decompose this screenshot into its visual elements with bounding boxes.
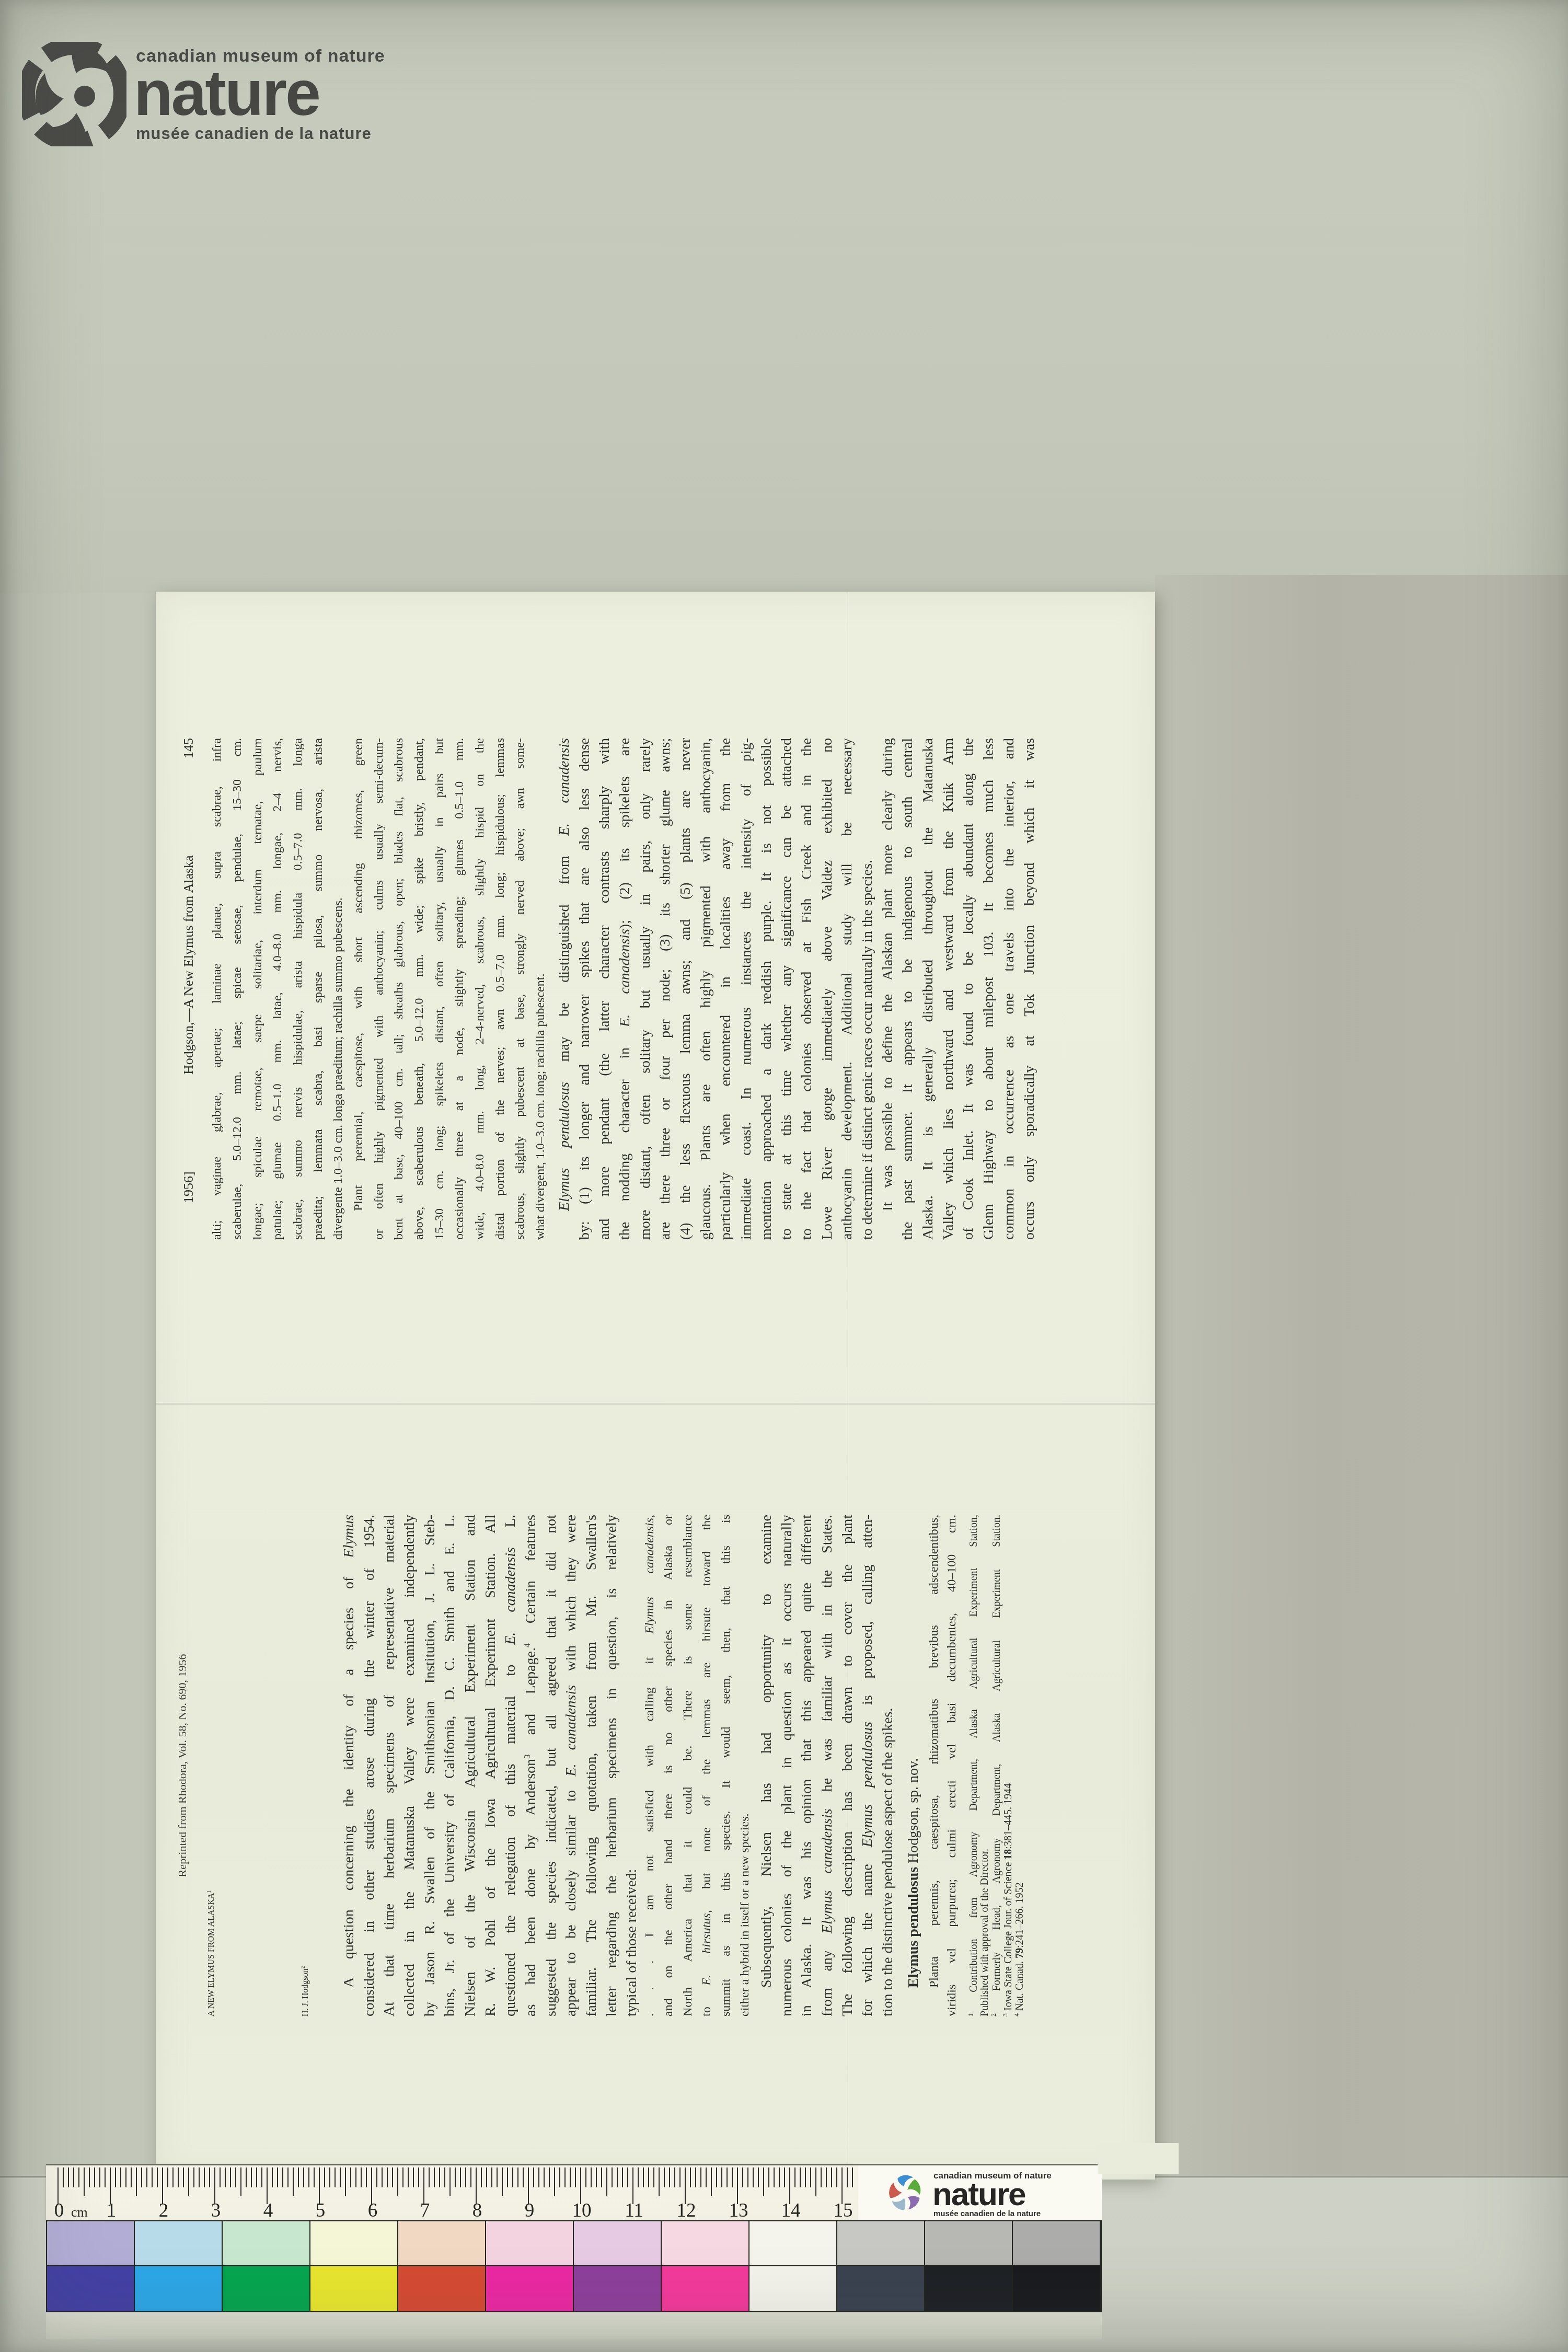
cmn-logo-subcaption: musée canadien de la nature	[136, 124, 372, 143]
color-patch	[1013, 2266, 1101, 2311]
page-145: 1956]Hodgson,—A New Elymus from Alaska14…	[168, 738, 1036, 1240]
color-patch	[310, 2266, 398, 2311]
ruler-number: 7	[420, 2199, 430, 2222]
nature-card-wordmark: nature	[932, 2176, 1025, 2213]
text-line: H. J. Hodgson2	[301, 1515, 311, 2016]
text-line: what divergent, 1.0–3.0 cm. long; rachil…	[533, 738, 548, 1240]
paper-bottom-corner	[1098, 2143, 1179, 2174]
ruler-number: 9	[525, 2199, 535, 2222]
background-right-zone	[1155, 575, 1568, 2180]
ruler-number: 14	[781, 2199, 801, 2222]
ruler-number: 12	[677, 2199, 696, 2222]
color-patch	[925, 2221, 1013, 2266]
text-line: to determine if distinct genic races occ…	[858, 738, 877, 1240]
color-patch	[398, 2266, 486, 2311]
ruler-number: 1	[107, 2199, 117, 2222]
running-head-title: Hodgson,—A New Elymus from Alaska	[180, 855, 198, 1075]
ruler-number: 6	[368, 2199, 378, 2222]
ruler-number: 5	[316, 2199, 326, 2222]
text-line: either a hybrid in itself or a new speci…	[737, 1515, 753, 2016]
cmn-logo-wordmark: nature	[134, 56, 319, 130]
color-patch	[1013, 2221, 1101, 2266]
color-patch	[662, 2221, 750, 2266]
text-line: divergente 1.0–3.0 cm. longa praeditum; …	[330, 738, 346, 1240]
nature-card-subcaption: musée canadien de la nature	[933, 2209, 1041, 2218]
text-line: A NEW ELYMUS FROM ALASKA1	[206, 1515, 217, 2016]
ruler-number: 0	[54, 2199, 64, 2222]
color-card-lower-edge	[46, 2312, 1102, 2339]
running-head-year: 1956]	[180, 1171, 198, 1203]
color-patch	[135, 2221, 223, 2266]
ruler-number: 15	[834, 2199, 853, 2222]
page-title-side: Reprinted from Rhodora, Vol. 58, No. 690…	[162, 1515, 998, 2016]
color-patch	[574, 2221, 662, 2266]
color-patch	[662, 2266, 750, 2311]
fold-crease-horizontal	[156, 1402, 1155, 1405]
ruler-unit-label: cm	[71, 2205, 88, 2220]
text-line: Reprinted from Rhodora, Vol. 58, No. 690…	[175, 1515, 190, 2016]
color-patch	[47, 2221, 135, 2266]
color-patch	[310, 2221, 398, 2266]
text-line: typical of those received:	[622, 1515, 641, 2016]
text-line: 4 Nat. Canad. 79:241–266. 1952	[1013, 1515, 1027, 2016]
color-patch	[750, 2221, 837, 2266]
color-patch	[486, 2221, 574, 2266]
ruler-number: 3	[211, 2199, 221, 2222]
color-patch	[135, 2266, 223, 2311]
photo-background: canadian museum of nature nature musée c…	[0, 0, 1568, 2352]
color-patch	[750, 2266, 837, 2311]
page-number: 145	[180, 738, 198, 758]
document-paper: 1956]Hodgson,—A New Elymus from Alaska14…	[156, 592, 1155, 2180]
color-patch	[47, 2266, 135, 2311]
ruler-number: 10	[572, 2199, 592, 2222]
color-patch	[837, 2266, 925, 2311]
nature-card-logo-icon	[885, 2173, 926, 2213]
text-line: occurs only sporadically at Tok Junction…	[1020, 738, 1044, 1240]
ruler-number: 8	[472, 2199, 482, 2222]
ruler-number: 13	[729, 2199, 748, 2222]
running-head: 1956]Hodgson,—A New Elymus from Alaska14…	[180, 738, 198, 1240]
cmn-logo-mark-icon	[22, 42, 126, 146]
color-patch	[837, 2221, 925, 2266]
color-patch	[574, 2266, 662, 2311]
text-line: viridis vel purpurea; culmi erecti vel b…	[944, 1515, 968, 2016]
ruler-number: 4	[263, 2199, 273, 2222]
ruler-number: 2	[159, 2199, 169, 2222]
text-line: Elymus pendulosus Hodgson, sp. nov.	[904, 1515, 923, 2016]
text-line: tion to the distinctive pendulose aspect…	[879, 1515, 897, 2016]
ruler-tick-strip	[57, 2167, 855, 2204]
color-patch-grid	[46, 2220, 1102, 2312]
color-patch	[223, 2266, 310, 2311]
ruler-number: 11	[625, 2199, 643, 2222]
color-patch	[223, 2221, 310, 2266]
cmn-logo: canadian museum of nature nature musée c…	[22, 42, 419, 146]
color-patch	[398, 2221, 486, 2266]
color-patch	[486, 2266, 574, 2311]
nature-color-card: canadian museum of nature nature musée c…	[858, 2164, 1102, 2221]
color-patch	[925, 2266, 1013, 2311]
